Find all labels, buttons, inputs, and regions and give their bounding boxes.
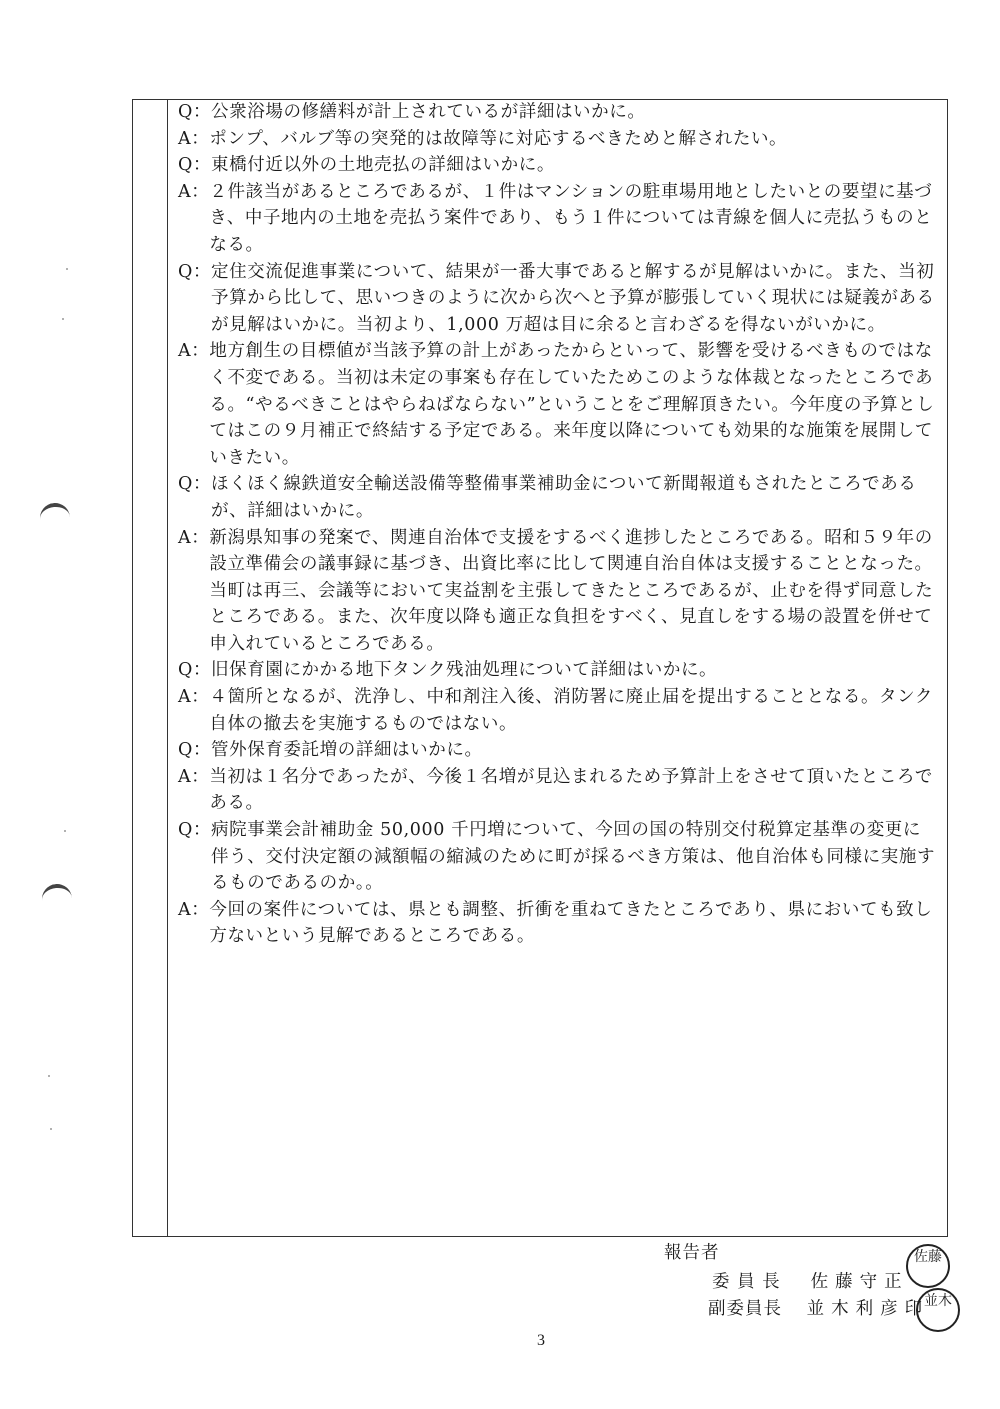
entry-label: A： (178, 684, 209, 737)
entry-label: Q： (178, 737, 211, 764)
hanko-seal-icon: 佐藤 (906, 1244, 950, 1288)
punch-hole-mark (41, 883, 74, 916)
entry-label: A： (178, 179, 209, 259)
entry-label: Q： (178, 657, 211, 684)
entry-text: 定住交流促進事業について、結果が一番大事であると解するが見解はいかに。また、当初… (211, 259, 938, 339)
scan-speck (64, 830, 66, 832)
scan-speck (66, 268, 68, 270)
entry-text: 旧保育園にかかる地下タンク残油処理について詳細はいかに。 (211, 657, 938, 684)
qa-entry-answer: A： ２件該当があるところであるが、１件はマンションの駐車場用地としたいとの要望… (178, 179, 938, 259)
punch-hole-mark (39, 502, 72, 535)
entry-label: A： (178, 897, 209, 950)
page-number: 3 (537, 1332, 545, 1350)
qa-entry-answer: A： 地方創生の目標値が当該予算の計上があったからといって、影響を受けるべきもの… (178, 338, 938, 471)
entry-text: 今回の案件については、県とも調整、折衝を重ねてきたところであり、県においても致し… (209, 897, 938, 950)
entry-label: A： (178, 126, 209, 153)
entry-label: Q： (178, 471, 211, 524)
entry-label: A： (178, 764, 209, 817)
entry-label: Q： (178, 152, 211, 179)
qa-entry-question: Q： 東橋付近以外の土地売払の詳細はいかに。 (178, 152, 938, 179)
chair-role: 委 員 長 (712, 1268, 796, 1293)
hanko-seal-icon: 並木 (916, 1288, 960, 1332)
vice-chair-name: 並木利彦 (807, 1295, 905, 1320)
vice-chair-role: 副委員長 (708, 1295, 792, 1320)
entry-label: A： (178, 525, 209, 658)
vice-chair-signature-row: 副委員長 並木利彦印 (708, 1295, 923, 1320)
entry-text: ほくほく線鉄道安全輸送設備等整備事業補助金について新聞報道もされたところであるが… (211, 471, 938, 524)
qa-entry-question: Q： 定住交流促進事業について、結果が一番大事であると解するが見解はいかに。また… (178, 259, 938, 339)
qa-entry-answer: A： 新潟県知事の発案で、関連自治体で支援をするべく進捗したところである。昭和５… (178, 525, 938, 658)
qa-entry-question: Q： 病院事業会計補助金 50,000 千円増について、今回の国の特別交付税算定… (178, 817, 938, 897)
entry-label: Q： (178, 99, 211, 126)
qa-entry-question: Q： 旧保育園にかかる地下タンク残油処理について詳細はいかに。 (178, 657, 938, 684)
entry-text: 公衆浴場の修繕料が計上されているが詳細はいかに。 (211, 99, 938, 126)
entry-text: 新潟県知事の発案で、関連自治体で支援をするべく進捗したところである。昭和５９年の… (209, 525, 938, 658)
qa-table-column-divider (167, 99, 168, 1237)
scan-speck (48, 1075, 50, 1077)
qa-entry-question: Q： ほくほく線鉄道安全輸送設備等整備事業補助金について新聞報道もされたところで… (178, 471, 938, 524)
scan-speck (62, 318, 64, 320)
qa-entry-answer: A： 今回の案件については、県とも調整、折衝を重ねてきたところであり、県において… (178, 897, 938, 950)
entry-text: ４箇所となるが、洗浄し、中和剤注入後、消防署に廃止届を提出することとなる。タンク… (209, 684, 938, 737)
qa-entry-question: Q： 公衆浴場の修繕料が計上されているが詳細はいかに。 (178, 99, 938, 126)
entry-text: 管外保育委託増の詳細はいかに。 (211, 737, 938, 764)
entry-text: 病院事業会計補助金 50,000 千円増について、今回の国の特別交付税算定基準の… (211, 817, 938, 897)
qa-content: Q： 公衆浴場の修繕料が計上されているが詳細はいかに。 A： ポンプ、バルブ等の… (178, 99, 938, 950)
qa-entry-answer: A： 当初は１名分であったが、今後１名増が見込まれるため予算計上をさせて頂いたと… (178, 764, 938, 817)
entry-text: ２件該当があるところであるが、１件はマンションの駐車場用地としたいとの要望に基づ… (209, 179, 938, 259)
chair-signature-row: 委 員 長 佐藤守正 (712, 1268, 909, 1293)
entry-label: A： (178, 338, 209, 471)
entry-text: 地方創生の目標値が当該予算の計上があったからといって、影響を受けるべきものではな… (209, 338, 938, 471)
chair-name: 佐藤守正 (811, 1268, 909, 1293)
entry-label: Q： (178, 259, 211, 339)
reporter-label: 報告者 (664, 1240, 720, 1266)
scan-speck (50, 1128, 52, 1130)
entry-text: 東橋付近以外の土地売払の詳細はいかに。 (211, 152, 938, 179)
qa-entry-answer: A： ポンプ、バルブ等の突発的は故障等に対応するべきためと解されたい。 (178, 126, 938, 153)
entry-label: Q： (178, 817, 211, 897)
entry-text: ポンプ、バルブ等の突発的は故障等に対応するべきためと解されたい。 (209, 126, 938, 153)
qa-entry-question: Q： 管外保育委託増の詳細はいかに。 (178, 737, 938, 764)
qa-entry-answer: A： ４箇所となるが、洗浄し、中和剤注入後、消防署に廃止届を提出することとなる。… (178, 684, 938, 737)
entry-text: 当初は１名分であったが、今後１名増が見込まれるため予算計上をさせて頂いたところで… (209, 764, 938, 817)
